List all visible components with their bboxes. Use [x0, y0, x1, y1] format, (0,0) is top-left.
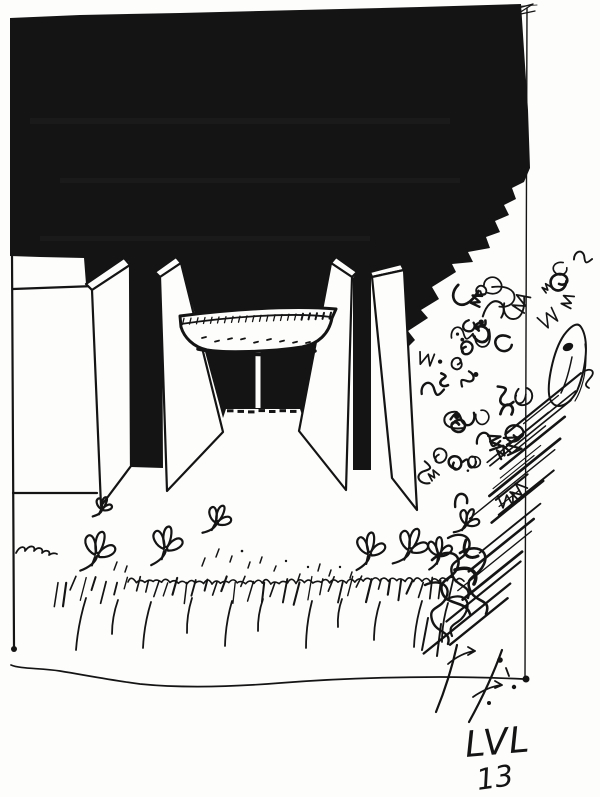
ink-sketch-canvas: LVL 13 — [0, 0, 600, 797]
basin-body-tick — [293, 342, 297, 343]
floor-dash — [238, 410, 245, 413]
foliage-dot — [467, 469, 470, 472]
basin-bowl — [180, 308, 336, 352]
signature-year: 13 — [474, 758, 515, 797]
basin-body-tick — [306, 342, 310, 343]
foliage-dot — [460, 338, 464, 342]
brush-streak — [60, 178, 460, 183]
basin-body-tick — [254, 342, 258, 343]
floor-dash — [259, 409, 266, 412]
foliage-dot — [478, 319, 483, 324]
basin-body-tick — [241, 338, 245, 339]
floor-dash — [248, 410, 255, 413]
basin-body-tick — [228, 338, 232, 339]
basin-body-tick — [215, 341, 219, 342]
foliage-dot — [473, 372, 478, 377]
foliage-dot — [454, 414, 459, 419]
foliage-dot — [476, 326, 480, 330]
floor-dash — [269, 410, 276, 413]
left-frame-end-blob — [11, 646, 17, 652]
brush-streak — [30, 118, 450, 124]
basin-body-tick — [202, 337, 206, 338]
basin-stem — [256, 350, 261, 408]
basin-body-tick — [280, 341, 284, 342]
foliage-dot — [456, 332, 459, 335]
basin-body-tick — [267, 339, 271, 340]
foliage-dot — [438, 359, 442, 363]
floor-dash — [290, 410, 297, 413]
signature-initials: LVL — [463, 719, 531, 766]
floor-dash — [227, 409, 234, 412]
floor-dash — [280, 409, 287, 412]
brush-streak — [40, 236, 370, 241]
